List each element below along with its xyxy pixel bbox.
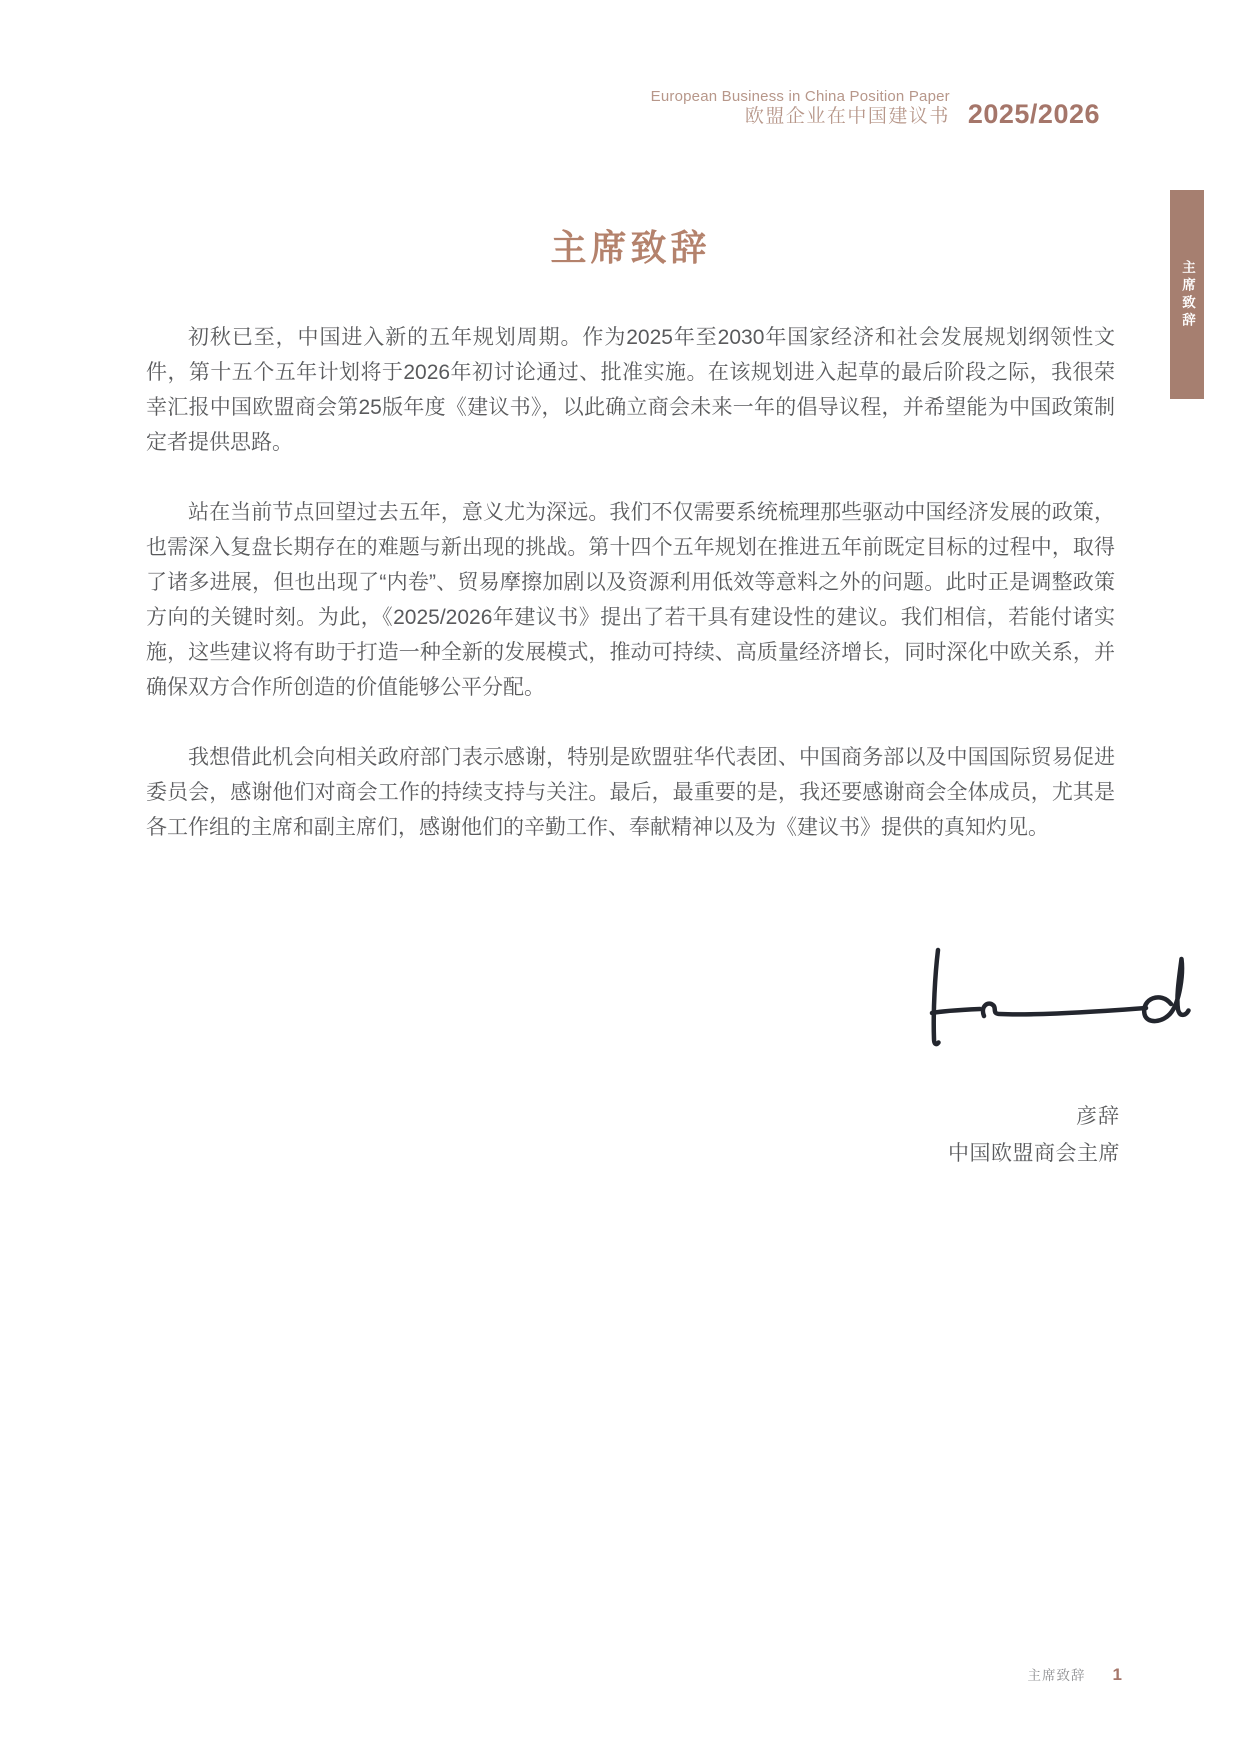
header-edition-year: 2025/2026 — [968, 101, 1100, 128]
signature-drawing — [880, 925, 1200, 1065]
document-page: European Business in China Position Pape… — [0, 0, 1240, 1754]
letter-paragraph-3: 我想借此机会向相关政府部门表示感谢，特别是欧盟驻华代表团、中国商务部以及中国国际… — [146, 740, 1115, 845]
letter-paragraph-1: 初秋已至，中国进入新的五年规划周期。作为2025年至2030年国家经济和社会发展… — [146, 320, 1115, 460]
page-footer: 主席致辞 1 — [1028, 1664, 1122, 1685]
footer-chapter-label: 主席致辞 — [1028, 1664, 1086, 1684]
letter-body: 初秋已至，中国进入新的五年规划周期。作为2025年至2030年国家经济和社会发展… — [146, 320, 1115, 845]
page-header: European Business in China Position Pape… — [651, 88, 1100, 128]
chapter-side-tab: 主席致辞 — [1170, 190, 1204, 399]
signatory-title: 中国欧盟商会主席 — [948, 1135, 1120, 1172]
signatory-name: 彦辞 — [948, 1098, 1120, 1135]
handwritten-signature — [880, 925, 1200, 1070]
header-titles: European Business in China Position Pape… — [651, 88, 950, 128]
chapter-title: 主席致辞 — [146, 220, 1115, 271]
chapter-side-tab-label: 主席致辞 — [1177, 260, 1197, 330]
header-title-chinese: 欧盟企业在中国建议书 — [651, 105, 950, 128]
footer-page-number: 1 — [1113, 1665, 1122, 1685]
signatory-block: 彦辞 中国欧盟商会主席 — [948, 1098, 1120, 1172]
letter-paragraph-2: 站在当前节点回望过去五年，意义尤为深远。我们不仅需要系统梳理那些驱动中国经济发展… — [146, 495, 1115, 705]
header-title-english: European Business in China Position Pape… — [651, 88, 950, 105]
